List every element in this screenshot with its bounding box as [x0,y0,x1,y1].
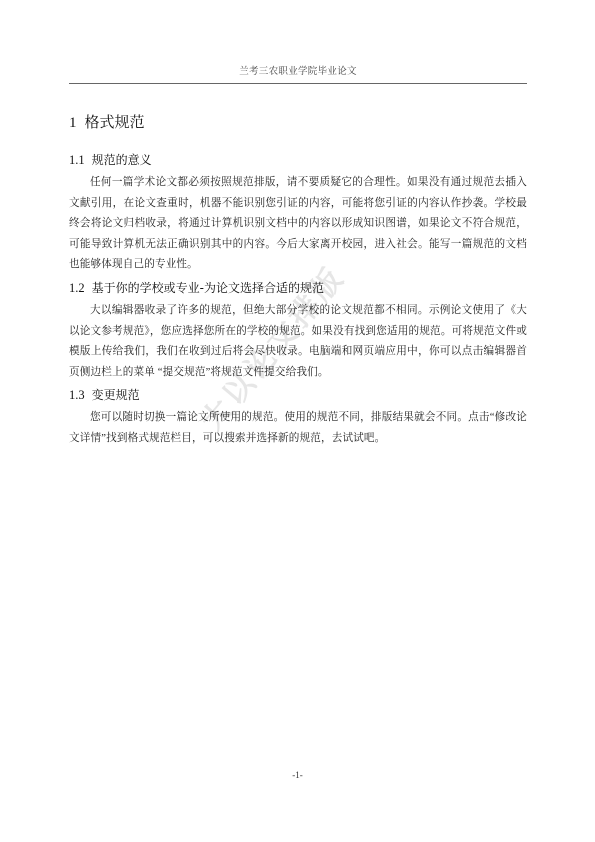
section-title: 规范的意义 [92,153,152,167]
section-heading: 1.1规范的意义 [69,152,527,168]
page-number: -1- [0,770,595,780]
document-page: 兰考三农职业学院毕业论文 大以论文排版 1格式规范 1.1规范的意义 任何一篇学… [0,0,595,842]
section-title: 变更规范 [92,388,140,402]
section-number: 1.1 [69,153,85,167]
running-header: 兰考三农职业学院毕业论文 [69,66,527,78]
section-paragraph: 任何一篇学术论文都必须按照规范排版，请不要质疑它的合理性。如果没有通过规范去插入… [69,173,527,276]
section-paragraph: 您可以随时切换一篇论文所使用的规范。使用的规范不同，排版结果就会不同。点击“修改… [69,408,527,449]
section-number: 1.3 [69,388,85,402]
document-body: 1格式规范 1.1规范的意义 任何一篇学术论文都必须按照规范排版，请不要质疑它的… [69,112,527,454]
section-heading: 1.2基于你的学校或专业-为论文选择合适的规范 [69,280,527,296]
chapter-number: 1 [69,115,77,131]
section-title: 基于你的学校或专业-为论文选择合适的规范 [92,281,324,295]
chapter-title: 格式规范 [85,113,145,131]
section-number: 1.2 [69,281,85,295]
section-heading: 1.3变更规范 [69,387,527,403]
section-1-2: 1.2基于你的学校或专业-为论文选择合适的规范 大以编辑器收录了许多的规范，但绝… [69,280,527,383]
chapter-heading: 1格式规范 [69,112,527,133]
section-1-1: 1.1规范的意义 任何一篇学术论文都必须按照规范排版，请不要质疑它的合理性。如果… [69,152,527,276]
section-paragraph: 大以编辑器收录了许多的规范，但绝大部分学校的论文规范都不相同。示例论文使用了《大… [69,301,527,383]
section-1-3: 1.3变更规范 您可以随时切换一篇论文所使用的规范。使用的规范不同，排版结果就会… [69,387,527,449]
header-rule [69,83,527,84]
